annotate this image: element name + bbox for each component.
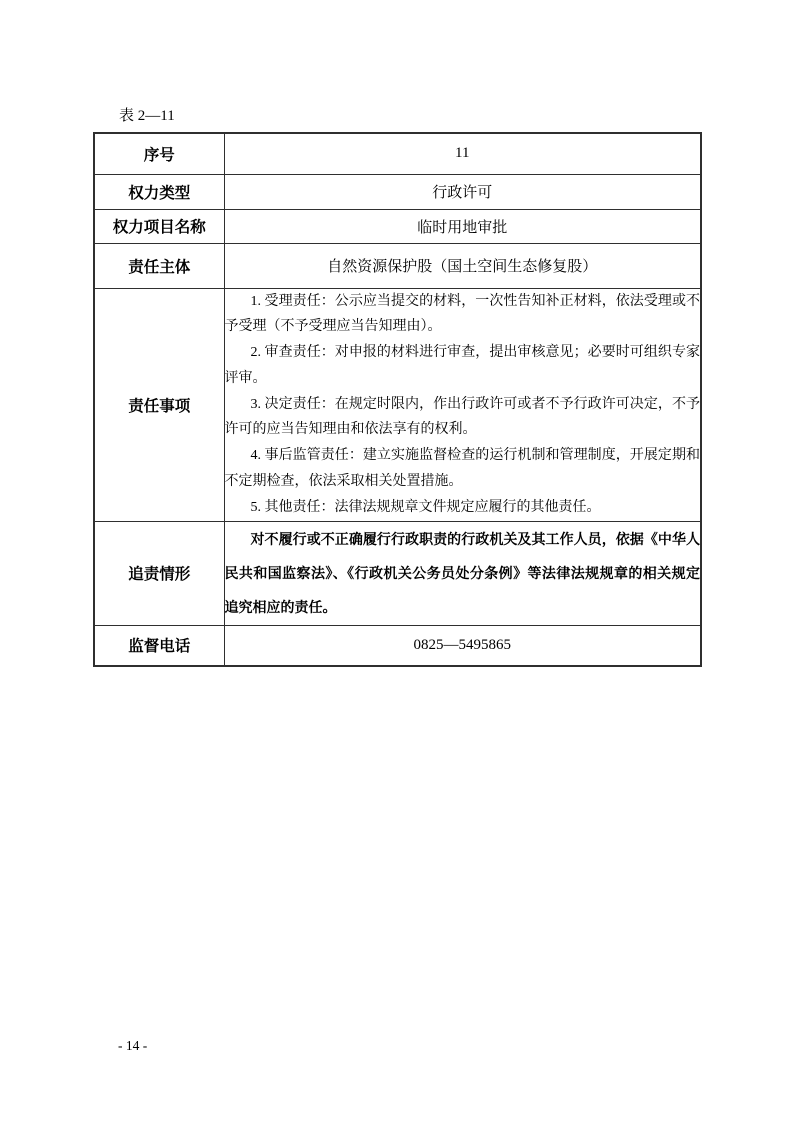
responsibility-paragraph-other: 5. 其他责任：法律法规规章文件规定应履行的其他责任。 — [225, 495, 701, 521]
table-row-responsible-entity: 责任主体 自然资源保护股（国土空间生态修复股） — [94, 243, 701, 288]
document-page: { "document": { "caption": "表 2—11", "pa… — [0, 0, 793, 1122]
row-value-responsible-entity: 自然资源保护股（国土空间生态修复股） — [224, 243, 701, 288]
row-label-responsibility-items: 责任事项 — [94, 288, 224, 521]
table-row-accountability: 追责情形 对不履行或不正确履行行政职责的行政机关及其工作人员，依据《中华人民共和… — [94, 521, 701, 625]
row-value-responsibility-items: 1. 受理责任：公示应当提交的材料，一次性告知补正材料，依法受理或不予受理（不予… — [224, 288, 701, 521]
table-row-power-item-name: 权力项目名称 临时用地审批 — [94, 209, 701, 243]
table-row-supervision-phone: 监督电话 0825—5495865 — [94, 625, 701, 666]
row-value-power-type: 行政许可 — [224, 174, 701, 209]
row-label-supervision-phone: 监督电话 — [94, 625, 224, 666]
table-row-responsibility-items: 责任事项 1. 受理责任：公示应当提交的材料，一次性告知补正材料，依法受理或不予… — [94, 288, 701, 521]
page-number: - 14 - — [118, 1038, 147, 1054]
row-value-power-item-name: 临时用地审批 — [224, 209, 701, 243]
table-row-power-type: 权力类型 行政许可 — [94, 174, 701, 209]
row-value-supervision-phone: 0825—5495865 — [224, 625, 701, 666]
row-label-responsible-entity: 责任主体 — [94, 243, 224, 288]
row-value-serial-number: 11 — [224, 133, 701, 174]
responsibility-paragraph-supervise: 4. 事后监管责任：建立实施监督检查的运行机制和管理制度，开展定期和不定期检查，… — [225, 443, 701, 495]
table-caption: 表 2—11 — [119, 106, 175, 126]
row-label-accountability: 追责情形 — [94, 521, 224, 625]
table-row-serial-number: 序号 11 — [94, 133, 701, 174]
responsibility-table: 序号 11 权力类型 行政许可 权力项目名称 临时用地审批 责任主体 自然资源保… — [93, 132, 702, 667]
responsibility-paragraph-accept: 1. 受理责任：公示应当提交的材料，一次性告知补正材料，依法受理或不予受理（不予… — [225, 289, 701, 341]
row-label-serial-number: 序号 — [94, 133, 224, 174]
accountability-paragraph: 对不履行或不正确履行行政职责的行政机关及其工作人员，依据《中华人民共和国监察法》… — [225, 522, 701, 624]
row-value-accountability: 对不履行或不正确履行行政职责的行政机关及其工作人员，依据《中华人民共和国监察法》… — [224, 521, 701, 625]
row-label-power-type: 权力类型 — [94, 174, 224, 209]
responsibility-paragraph-decide: 3. 决定责任：在规定时限内，作出行政许可或者不予行政许可决定，不予许可的应当告… — [225, 392, 701, 444]
row-label-power-item-name: 权力项目名称 — [94, 209, 224, 243]
responsibility-paragraph-review: 2. 审查责任：对申报的材料进行审查，提出审核意见；必要时可组织专家评审。 — [225, 340, 701, 392]
